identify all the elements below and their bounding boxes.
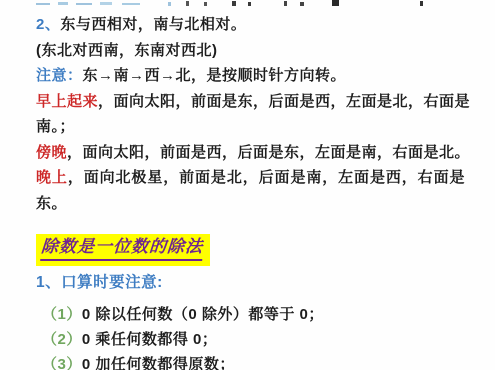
rules-list: （1）0 除以任何数（0 除外）都等于 0； （2）0 乘任何数都得 0； （3… [36, 302, 465, 370]
heading-highlight: 除数是一位数的除法 [36, 234, 210, 266]
rule-line-morning: 早上起来，面向太阳，前面是东，后面是西，左面是北，右面是 [36, 89, 465, 115]
cropped-line-fragments [0, 0, 495, 8]
line-text: 东。 [36, 195, 67, 212]
time-label: 早上起来 [36, 93, 98, 110]
rule-line-night: 晚上，面向北极星，前面是北，后面是南，左面是西，右面是 [36, 165, 465, 191]
rule-text: 0 除以任何数（0 除外）都等于 0； [82, 306, 324, 323]
rule-line-morning-wrap: 南。； [36, 114, 465, 140]
rule-line-east-west: 2、东与西相对，南与北相对。 [36, 12, 465, 38]
line-text: 东与西相对，南与北相对。 [60, 16, 246, 33]
rule-text: 0 乘任何数都得 0； [82, 331, 218, 348]
notes-body: 2、东与西相对，南与北相对。 (东北对西南，东南对西北) 注意：东→南→西→北，… [0, 12, 495, 370]
line-text: 东→南→西→北，是按顺时针方向转。 [83, 67, 347, 84]
note-label: 注意： [36, 67, 83, 84]
rule-number: （3） [42, 356, 82, 370]
time-label: 晚上 [36, 169, 68, 186]
time-label: 傍晚 [36, 144, 67, 161]
line-text: (东北对西南，东南对西北) [36, 42, 218, 59]
heading-text: 除数是一位数的除法 [40, 237, 204, 261]
section-heading-division: 除数是一位数的除法 [36, 234, 465, 267]
rule-item-3: （3）0 加任何数都得原数； [36, 352, 465, 370]
rule-item-1: （1）0 除以任何数（0 除外）都等于 0； [36, 302, 465, 327]
list-number: 2、 [36, 16, 60, 33]
rule-line-night-wrap: 东。 [36, 191, 465, 217]
rule-text: 0 加任何数都得原数； [82, 356, 235, 370]
line-text: ，面向太阳，前面是西，后面是东，左面是南，右面是北。 [67, 144, 470, 161]
rule-item-2: （2）0 乘任何数都得 0； [36, 327, 465, 352]
rule-number: （1） [42, 306, 82, 323]
rule-line-clockwise-note: 注意：东→南→西→北，是按顺时针方向转。 [36, 63, 465, 89]
notes-page: 2、东与西相对，南与北相对。 (东北对西南，东南对西北) 注意：东→南→西→北，… [0, 0, 495, 370]
rule-line-evening: 傍晚，面向太阳，前面是西，后面是东，左面是南，右面是北。 [36, 140, 465, 166]
rule-line-diagonals: (东北对西南，东南对西北) [36, 38, 465, 64]
line-text: ，面向太阳，前面是东，后面是西，左面是北，右面是 [98, 93, 470, 110]
line-text: 南。； [36, 118, 75, 135]
rule-number: （2） [42, 331, 82, 348]
subheading-mental-math: 1、口算时要注意: [36, 273, 465, 293]
line-text: ，面向北极星，前面是北，后面是南，左面是西，右面是 [68, 169, 465, 186]
